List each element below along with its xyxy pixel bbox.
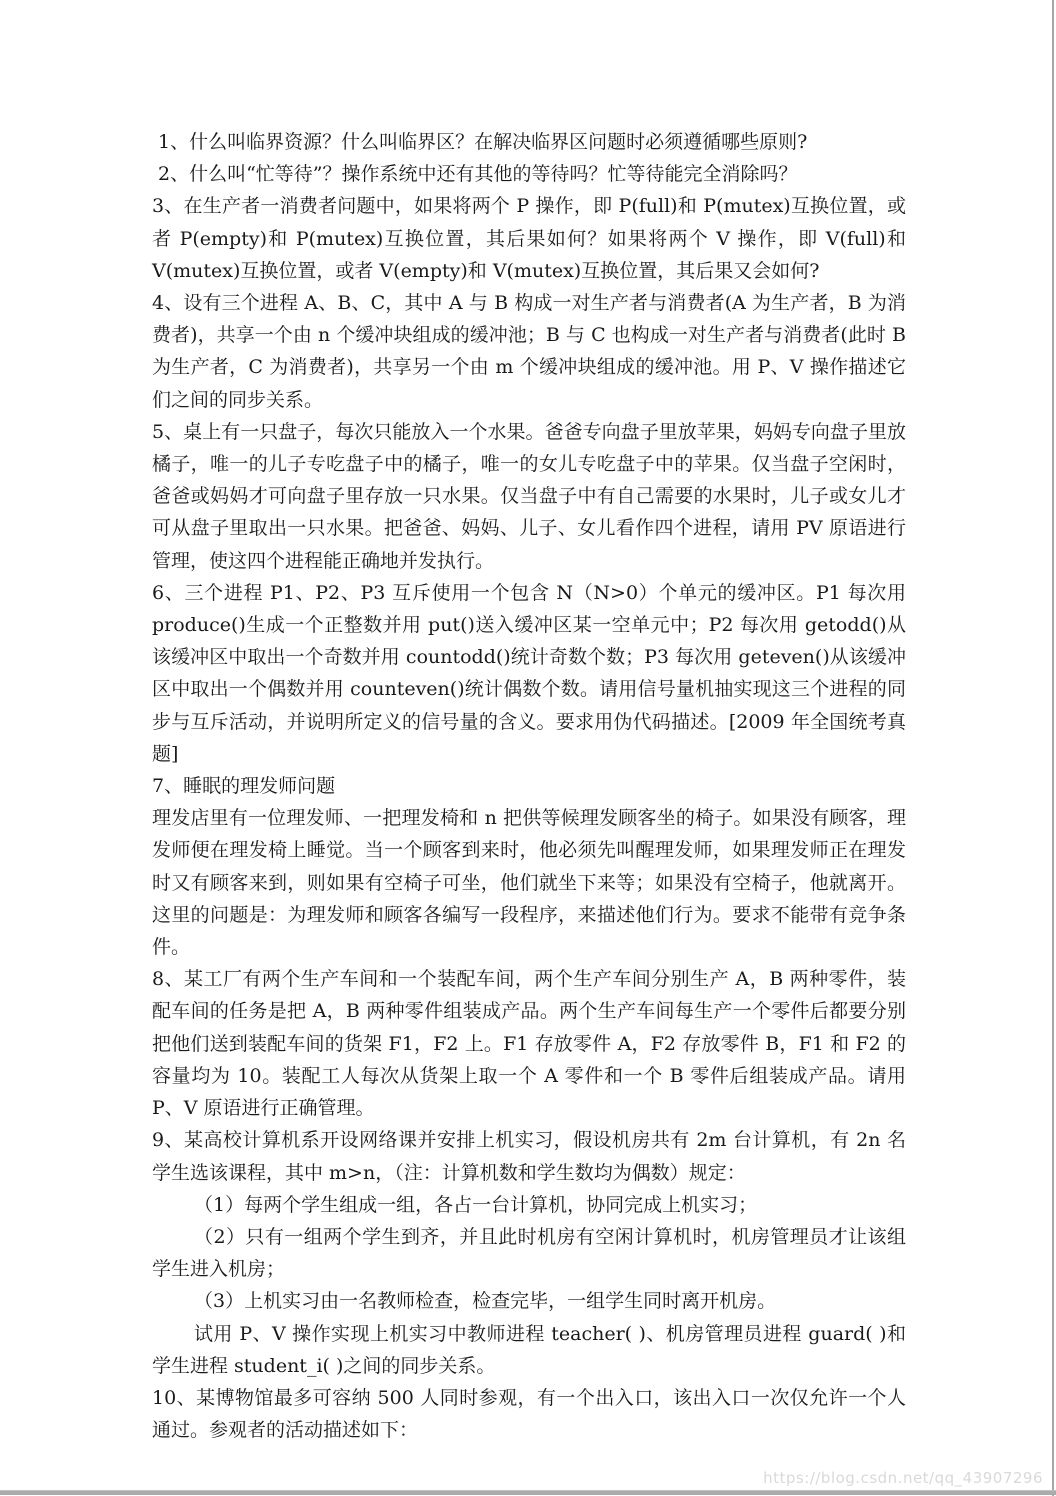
question-9-item-3: （3）上机实习由一名教师检查，检查完毕，一组学生同时离开机房。 bbox=[152, 1285, 906, 1317]
question-8: 8、某工厂有两个生产车间和一个装配车间，两个生产车间分别生产 A，B 两种零件，… bbox=[152, 963, 906, 1124]
question-3: 3、在生产者一消费者问题中，如果将两个 P 操作，即 P(full)和 P(mu… bbox=[152, 190, 906, 287]
question-2: 2、什么叫“忙等待”？操作系统中还有其他的等待吗？忙等待能完全消除吗？ bbox=[152, 158, 906, 190]
document-content: 1、什么叫临界资源？什么叫临界区？在解决临界区问题时必须遵循哪些原则? 2、什么… bbox=[152, 126, 906, 1446]
question-10: 10、某博物馆最多可容纳 500 人同时参观，有一个出入口，该出入口一次仅允许一… bbox=[152, 1382, 906, 1446]
question-9-task: 试用 P、V 操作实现上机实习中教师进程 teacher( )、机房管理员进程 … bbox=[152, 1318, 906, 1382]
question-7-body: 理发店里有一位理发师、一把理发椅和 n 把供等候理发顾客坐的椅子。如果没有顾客，… bbox=[152, 802, 906, 963]
page-edge-right bbox=[1052, 0, 1054, 1496]
question-9-item-2: （2）只有一组两个学生到齐，并且此时机房有空闲计算机时，机房管理员才让该组学生进… bbox=[152, 1221, 906, 1285]
question-9-intro: 9、某高校计算机系开设网络课并安排上机实习，假设机房共有 2m 台计算机，有 2… bbox=[152, 1124, 906, 1188]
watermark-url: https://blog.csdn.net/qq_43907296 bbox=[763, 1469, 1043, 1487]
document-page: 1、什么叫临界资源？什么叫临界区？在解决临界区问题时必须遵循哪些原则? 2、什么… bbox=[0, 0, 1056, 1496]
page-edge-bottom bbox=[0, 1490, 1056, 1495]
question-1: 1、什么叫临界资源？什么叫临界区？在解决临界区问题时必须遵循哪些原则? bbox=[152, 126, 906, 158]
question-9-item-1: （1）每两个学生组成一组，各占一台计算机，协同完成上机实习； bbox=[152, 1189, 906, 1221]
question-7-title: 7、睡眠的理发师问题 bbox=[152, 770, 906, 802]
question-6: 6、三个进程 P1、P2、P3 互斥使用一个包含 N（N>0）个单元的缓冲区。P… bbox=[152, 577, 906, 770]
question-4: 4、设有三个进程 A、B、C，其中 A 与 B 构成一对生产者与消费者(A 为生… bbox=[152, 287, 906, 416]
question-5: 5、桌上有一只盘子，每次只能放入一个水果。爸爸专向盘子里放苹果，妈妈专向盘子里放… bbox=[152, 416, 906, 577]
